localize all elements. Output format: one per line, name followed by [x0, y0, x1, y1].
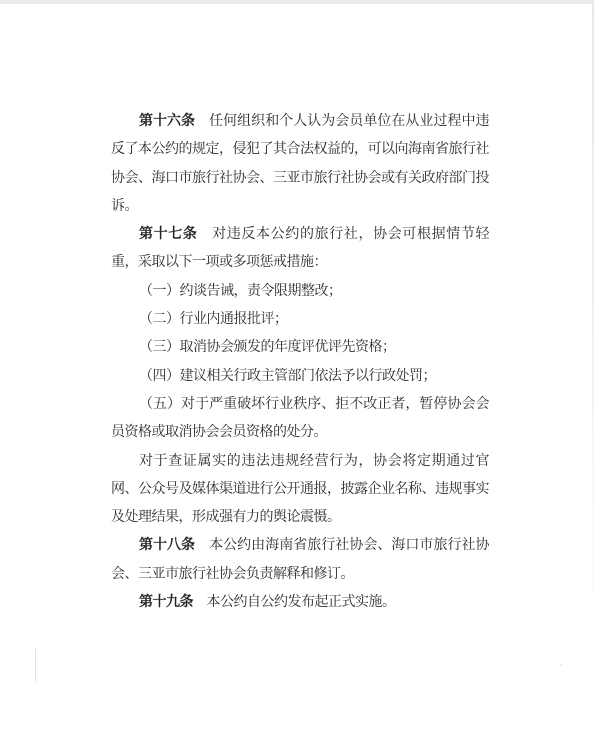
article-16-number: 第十六条: [139, 114, 195, 129]
list-item-3: （三）取消协会颁发的年度评优评先资格；: [111, 334, 489, 362]
list-item-1: （一）约谈告诫，责令限期整改；: [111, 278, 489, 306]
list-item-2-text: （二）行业内通报批评；: [139, 312, 288, 327]
list-item-5: （五）对于严重破坏行业秩序、拒不改正者，暂停协会会员资格或取消协会会员资格的处分…: [111, 391, 489, 448]
article-19-number: 第十九条: [139, 595, 193, 610]
list-item-3-text: （三）取消协会颁发的年度评优评先资格；: [139, 340, 396, 355]
paragraph-article-19: 第十九条 本公约自公约发布起正式实施。: [111, 589, 489, 617]
article-18-number: 第十八条: [139, 538, 195, 553]
paragraph-article-17: 第十七条 对违反本公约的旅行社，协会可根据情节轻重，采取以下一项或多项惩戒措施：: [111, 221, 489, 278]
paragraph-disclosure-text: 对于查证属实的违法违规经营行为，协会将定期通过官网、公众号及媒体渠道进行公开通报…: [111, 454, 489, 526]
article-17-number: 第十七条: [139, 227, 198, 242]
scan-artifact-line: [35, 649, 36, 683]
paragraph-disclosure: 对于查证属实的违法违规经营行为，协会将定期通过官网、公众号及媒体渠道进行公开通报…: [111, 448, 489, 533]
list-item-5-text: （五）对于严重破坏行业秩序、拒不改正者，暂停协会会员资格或取消协会会员资格的处分…: [111, 397, 489, 440]
list-item-4-text: （四）建议相关行政主管部门依法予以行政处罚；: [139, 369, 436, 384]
list-item-2: （二）行业内通报批评；: [111, 306, 489, 334]
paragraph-article-16: 第十六条 任何组织和个人认为会员单位在从业过程中违反了本公约的规定，侵犯了其合法…: [111, 108, 489, 221]
document-body: 第十六条 任何组织和个人认为会员单位在从业过程中违反了本公约的规定，侵犯了其合法…: [111, 108, 489, 617]
scanned-document-page: 第十六条 任何组织和个人认为会员单位在从业过程中违反了本公约的规定，侵犯了其合法…: [0, 0, 594, 753]
scan-top-edge: [0, 0, 594, 4]
list-item-4: （四）建议相关行政主管部门依法予以行政处罚；: [111, 363, 489, 391]
list-item-1-text: （一）约谈告诫，责令限期整改；: [139, 284, 342, 299]
scan-artifact-speck: [560, 664, 562, 666]
article-19-text: 本公约自公约发布起正式实施。: [193, 595, 396, 610]
paragraph-article-18: 第十八条 本公约由海南省旅行社协会、海口市旅行社协会、三亚市旅行社协会负责解释和…: [111, 532, 489, 589]
